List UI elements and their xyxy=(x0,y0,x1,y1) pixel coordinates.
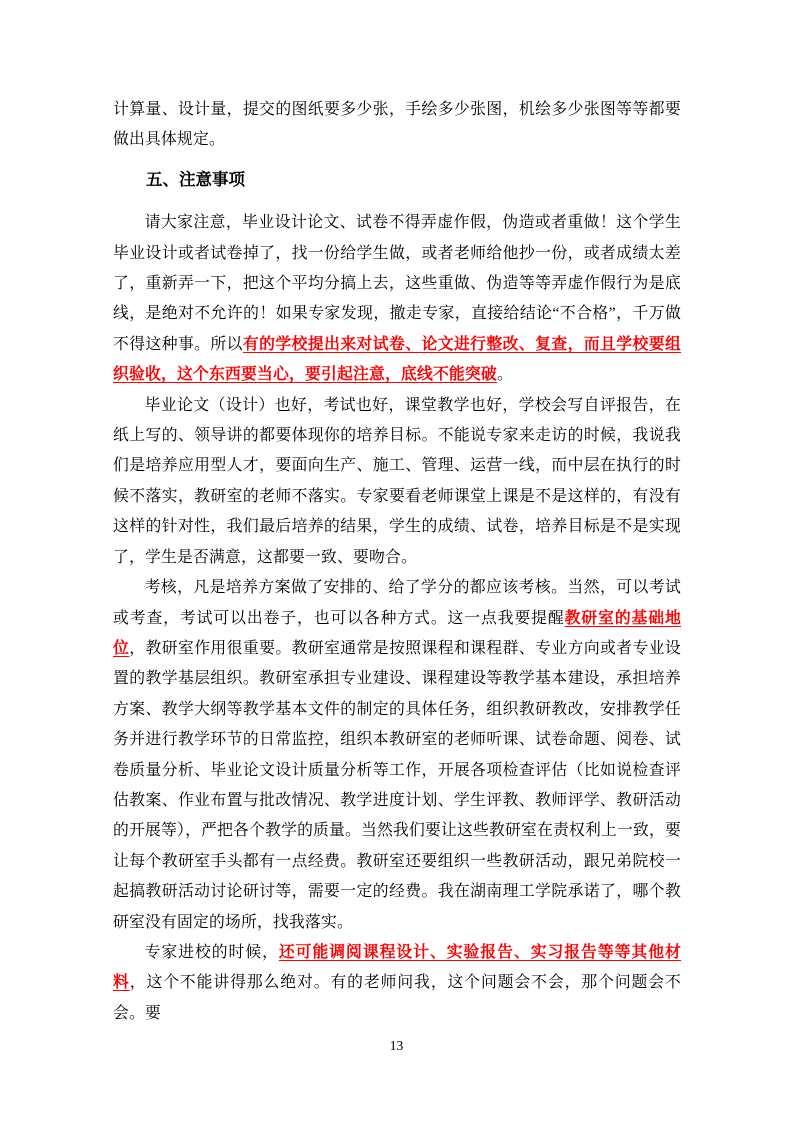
paragraph-assessment-teaching-office: 考核，凡是培养方案做了安排的、给了学分的都应该考核。当然，可以考试或考查，考试可… xyxy=(113,573,681,938)
document-body: 计算量、设计量，提交的图纸要多少张，手绘多少张图，机绘多少张图等等都要做出具体规… xyxy=(113,95,681,1029)
text-segment: 计算量、设计量，提交的图纸要多少张，手绘多少张图，机绘多少张图等等都要做出具体规… xyxy=(113,101,681,148)
paragraph-notice-fraud: 请大家注意，毕业设计论文、试卷不得弄虚作假，伪造或者重做！这个学生毕业设计或者试… xyxy=(113,208,681,390)
section-heading: 五、注意事项 xyxy=(113,165,681,195)
text-segment: 请大家注意，毕业设计论文、试卷不得弄虚作假，伪造或者重做！这个学生毕业设计或者试… xyxy=(113,214,681,353)
document-page: 计算量、设计量，提交的图纸要多少张，手绘多少张图，机绘多少张图等等都要做出具体规… xyxy=(0,0,793,1122)
paragraph-expert-visit-materials: 专家进校的时候，还可能调阅课程设计、实验报告、实习报告等等其他材料，这个不能讲得… xyxy=(113,938,681,1029)
text-segment: 。 xyxy=(497,366,513,383)
text-segment: 专家进校的时候， xyxy=(145,944,279,961)
text-segment: ，教研室作用很重要。教研室通常是按照课程和课程群、专业方向或者专业设置的教学基层… xyxy=(113,640,681,931)
text-segment: ，这个不能讲得那么绝对。有的老师问我，这个问题会不会，那个问题会不会。要 xyxy=(113,974,681,1021)
page-number: 13 xyxy=(0,1037,793,1055)
text-segment: 毕业论文（设计）也好，考试也好，课堂教学也好，学校会写自评报告，在纸上写的、领导… xyxy=(113,397,681,566)
paragraph-intro-continuation: 计算量、设计量，提交的图纸要多少张，手绘多少张图，机绘多少张图等等都要做出具体规… xyxy=(113,95,681,156)
paragraph-self-evaluation: 毕业论文（设计）也好，考试也好，课堂教学也好，学校会写自评报告，在纸上写的、领导… xyxy=(113,391,681,573)
